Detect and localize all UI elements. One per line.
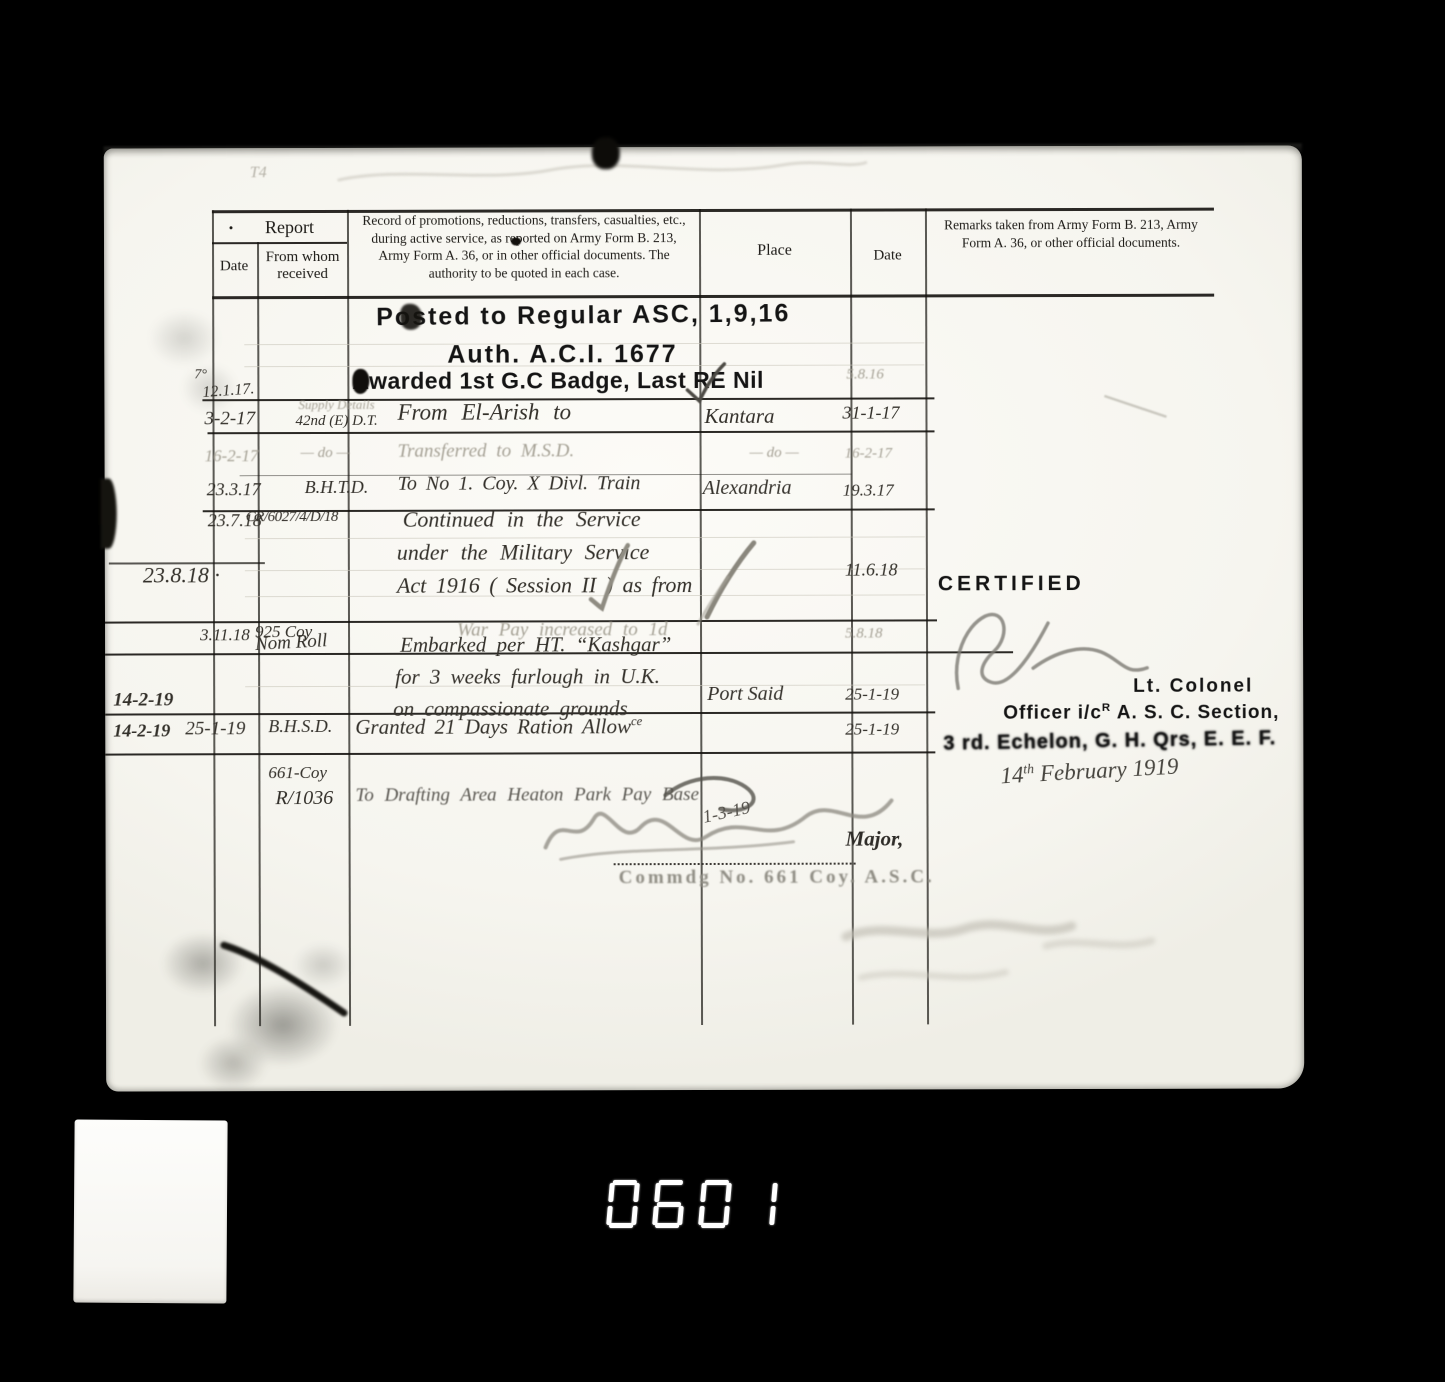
counter-segment — [633, 1183, 640, 1202]
entry-date: 12.1.17. — [202, 380, 255, 402]
entry-date2-faint: 16-2-17 — [845, 446, 893, 463]
bleed-through-1 — [846, 924, 1072, 936]
entry-record-line1: Embarked per HT. “Kashgar” — [400, 632, 671, 658]
scanner-background: • Report Date From whom received Record … — [0, 0, 1445, 1382]
header-date: Date — [210, 258, 258, 275]
entry-date: 14-2-19 — [113, 720, 170, 741]
header-from-whom: From whom received — [260, 249, 345, 284]
header-remarks-desc: Remarks taken from Army Form B. 213, Arm… — [930, 216, 1212, 252]
blank-card — [73, 1119, 227, 1303]
counter-segment — [608, 1183, 615, 1202]
entry-date: 23.3.17 — [207, 479, 261, 500]
major-signature-underline — [561, 842, 794, 860]
row-rule — [208, 430, 935, 434]
entry-record-line1: Continued in the Service — [403, 506, 641, 533]
entry-date-faint: 16-2-17 — [205, 446, 259, 466]
entry-margin-date: 23.8.18 · — [143, 562, 220, 588]
counter-segment — [613, 1180, 637, 1185]
entry-record-line2: under the Military Service — [397, 539, 650, 566]
entry-from: Nom Roll — [255, 630, 328, 656]
entry-date2-faint: 5.8.18 — [845, 626, 883, 643]
entry-date2: 25-1-19 — [845, 684, 899, 704]
stamp-echelon: 3 rd. Echelon, G. H. Qrs, E. E. F. — [943, 727, 1276, 756]
entry-record: To Drafting Area Heaton Park Pay Base — [355, 784, 699, 807]
header-bottom-rule — [212, 294, 1214, 300]
header-date2: Date — [850, 247, 925, 264]
pencil-note-top: T4 — [250, 164, 267, 182]
entry-date2: 25-1-19 — [845, 719, 899, 739]
signature-dotted-line — [614, 863, 856, 866]
entry-margin-date: 14-2-19 — [113, 689, 173, 711]
col-line-place-date — [850, 209, 854, 1025]
counter-segment — [609, 1223, 633, 1228]
entry-record-line2: for 3 weeks furlough in U.K. — [395, 664, 660, 690]
entry-date: 3-2-17 — [204, 408, 255, 430]
entry-record-text: Granted 21 Days Ration Allow — [355, 714, 631, 739]
col-line-date-remarks — [925, 208, 929, 1024]
counter-segment — [655, 1223, 679, 1228]
counter-segment — [769, 1206, 776, 1225]
counter-digit — [606, 1180, 640, 1228]
entry-record-line3: Act 1916 ( Session II ) as from — [397, 572, 693, 599]
entry-record-sup: ce — [631, 714, 642, 728]
sig-day-sup: th — [1023, 761, 1035, 777]
pencil-scribble — [339, 163, 866, 180]
entry-date: 3.11.18 — [200, 625, 250, 645]
stamp-certified: CERTIFIED — [938, 572, 1085, 596]
entry-place: Alexandria — [703, 477, 792, 500]
entry-record: To No 1. Coy. X Divl. Train — [398, 472, 641, 496]
sig-day: 14 — [1000, 762, 1024, 788]
ink-blotch — [400, 304, 422, 330]
entry-place: Port Said — [707, 683, 783, 706]
stamp-commdg: Commdg No. 661 Coy. A.S.C. — [619, 866, 935, 889]
counter-digit — [652, 1180, 686, 1228]
pencil-diagonal — [1104, 396, 1166, 417]
counter-segment — [701, 1223, 725, 1228]
document-page: • Report Date From whom received Record … — [104, 145, 1304, 1091]
stamp-auth: Auth. A.C.I. 1677 — [447, 340, 677, 370]
stamp-awarded: Awarded 1st G.C Badge, Last RE Nil — [352, 367, 764, 395]
entry-record: Granted 21 Days Ration Allowce — [355, 714, 642, 740]
counter-segment — [771, 1183, 778, 1202]
entry-date2: 11.6.18 — [845, 559, 898, 580]
counter-segment — [725, 1183, 732, 1202]
counter-segment — [654, 1183, 661, 1202]
entry-from-faint: — do — — [301, 445, 350, 462]
header-report: Report — [232, 217, 347, 238]
entry-from-a: 661-Coy — [268, 763, 327, 783]
entry-from: 42nd (E) D.T. — [295, 413, 377, 430]
header-place: Place — [699, 242, 850, 260]
entry-from-pencil: Supply Details — [298, 397, 374, 413]
entry-date2-faint: 5.8.16 — [846, 367, 884, 384]
stain-stroke — [224, 945, 344, 1013]
officer-post: A. S. C. Section, — [1117, 702, 1280, 723]
counter-segment — [659, 1180, 683, 1185]
sig-rest: February 1919 — [1034, 754, 1180, 787]
edge-blob-left — [101, 479, 117, 549]
officer-pre: Officer i/c — [1003, 702, 1102, 723]
stamp-posted: Posted to Regular ASC, 1,9,16 — [376, 299, 790, 332]
entry-from: B.H.S.D. — [268, 716, 332, 737]
counter-digit — [698, 1180, 732, 1228]
entry-date2: 19.3.17 — [843, 481, 894, 501]
microfilm-counter — [606, 1180, 794, 1228]
counter-segment — [705, 1180, 729, 1185]
entry-from: B.H.T.D. — [305, 477, 369, 498]
stamp-major: Major, — [846, 826, 904, 851]
entry-date2: 31-1-17 — [842, 402, 899, 423]
pencil-check-2 — [707, 543, 754, 617]
handdrawn-marks-overlay — [104, 145, 1304, 1091]
page-top-edge — [104, 143, 1302, 158]
col-line-record-place — [699, 209, 703, 1025]
entry-date-sup: 7° — [194, 367, 207, 383]
entry-record: From El-Arish to — [397, 399, 571, 425]
report-sub-rule — [212, 242, 347, 244]
entry-place: Kantara — [704, 404, 774, 429]
stamp-officer-ic: Officer i/cR A. S. C. Section, — [1003, 701, 1279, 724]
header-record-desc: Record of promotions, reductions, transf… — [358, 211, 690, 282]
counter-segment — [700, 1183, 707, 1202]
bleed-through-2 — [861, 972, 1006, 977]
col-line-fromwhom-record — [347, 210, 351, 1026]
entry-place-faint: — do — — [750, 445, 799, 462]
counter-segment — [657, 1202, 681, 1207]
bleed-through-3 — [1046, 941, 1152, 946]
officer-sup: R — [1102, 702, 1111, 714]
entry-record-faint: Transferred to M.S.D. — [398, 440, 575, 462]
table-left-border — [212, 210, 216, 1026]
signature-date: 14th February 1919 — [1000, 753, 1179, 789]
stamp-lt-colonel: Lt. Colonel — [1133, 676, 1253, 698]
guide-line — [245, 568, 925, 571]
entry-from: CR/6027/4/D/18 — [246, 509, 338, 526]
entry-date-b: 25-1-19 — [185, 718, 245, 740]
pencil-check-3 — [698, 577, 728, 624]
entry-from-b: R/1036 — [275, 787, 333, 810]
row-rule — [105, 751, 935, 755]
counter-segment — [677, 1206, 684, 1225]
entry-date2: 1-3-19 — [701, 797, 752, 828]
counter-digit — [744, 1180, 778, 1228]
